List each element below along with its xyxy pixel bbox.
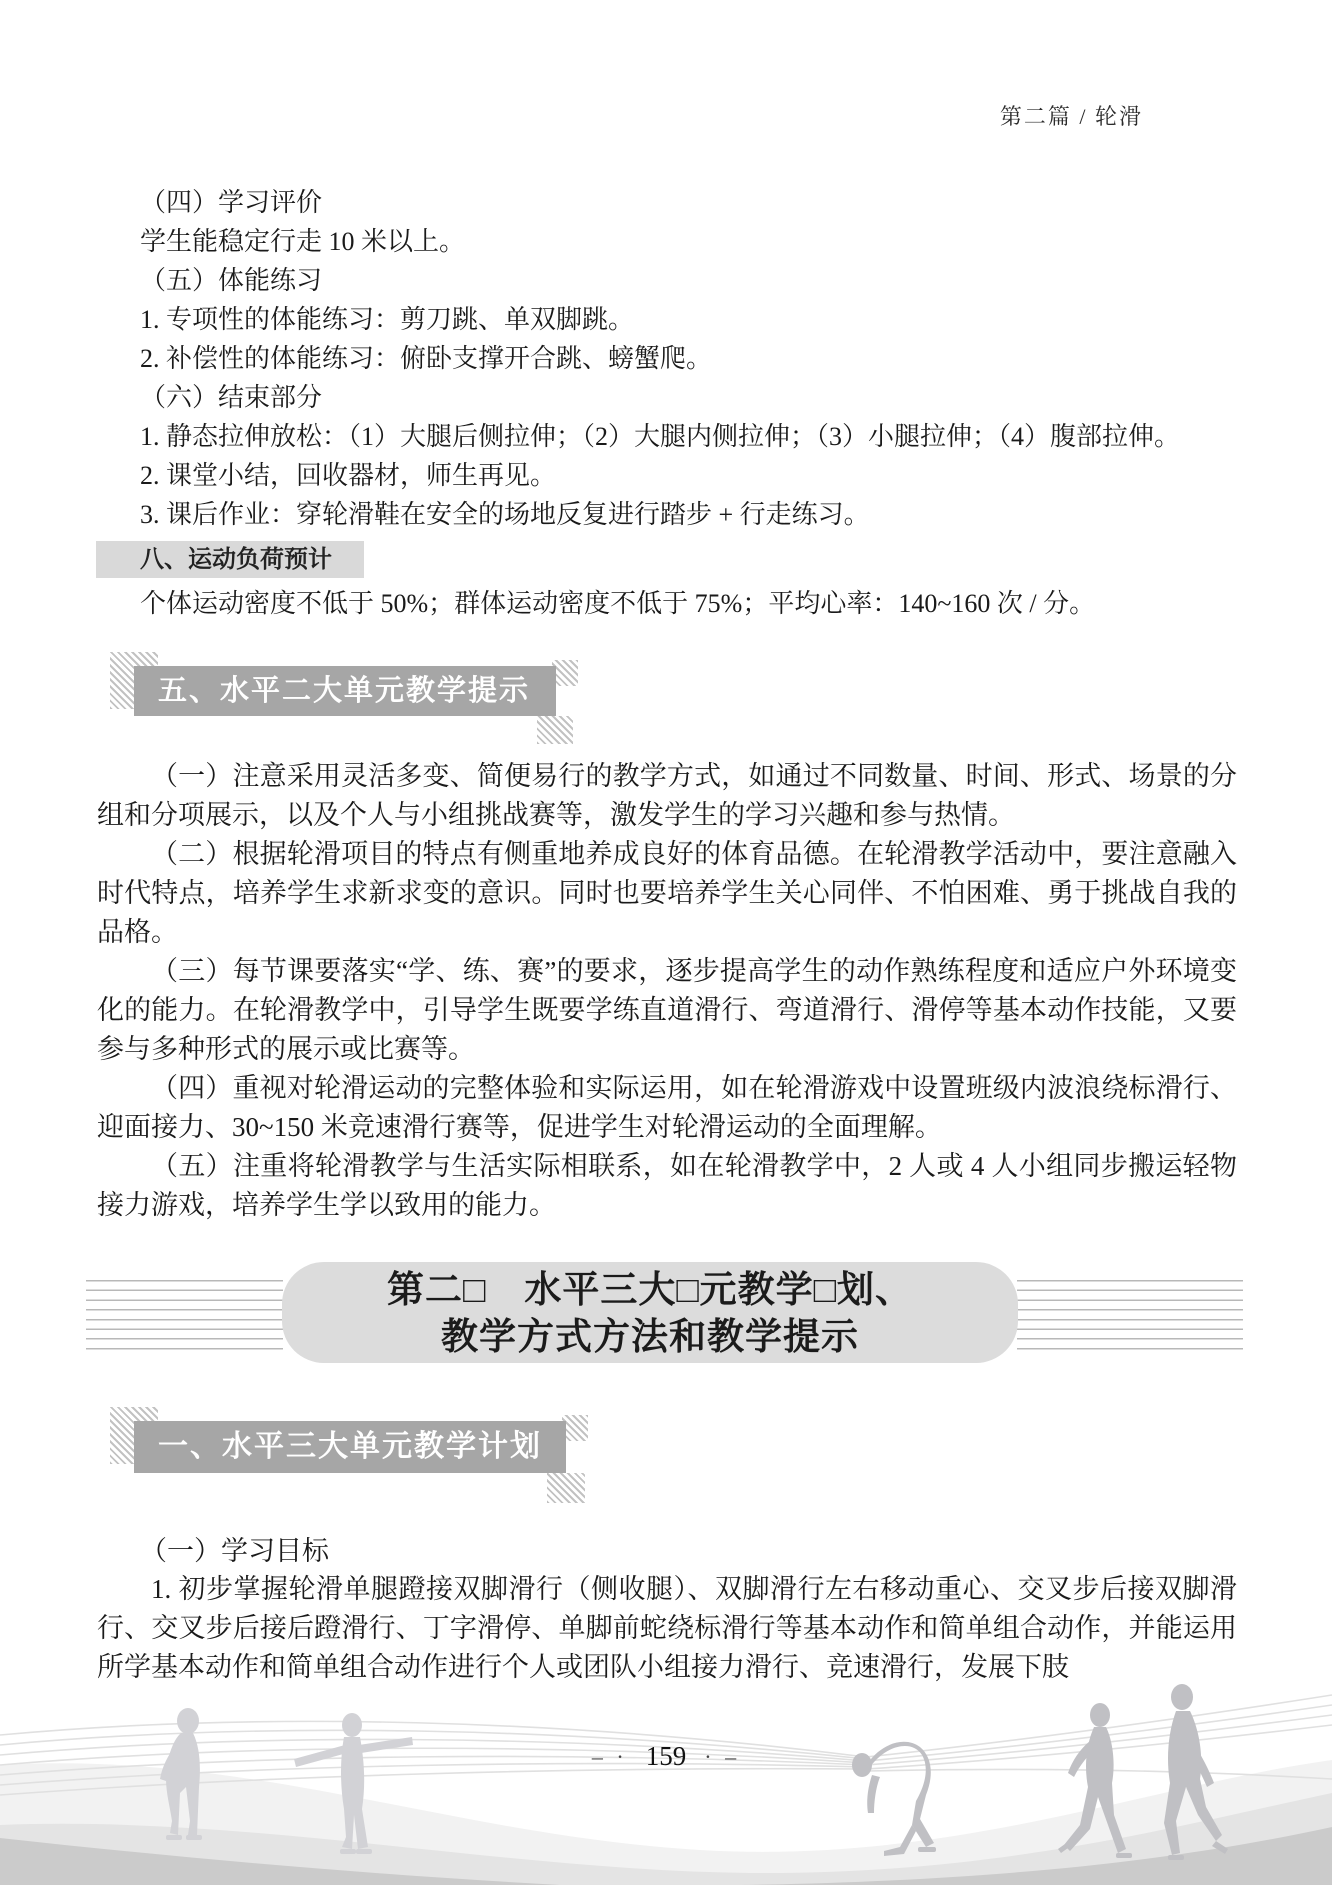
outline-line: （四）学习评价 xyxy=(97,183,1277,222)
outline-line: 学生能稳定行走 10 米以上。 xyxy=(97,222,1277,261)
footer-skating-scene xyxy=(0,1675,1332,1885)
section-one-title: 一、水平三大单元教学计划 xyxy=(134,1421,566,1473)
paragraph: （五）注重将轮滑教学与生活实际相联系，如在轮滑教学中，2 人或 4 人小组同步搬… xyxy=(97,1147,1237,1225)
outline-line: （六）结束部分 xyxy=(97,378,1277,417)
paragraph: 1. 初步掌握轮滑单腿蹬接双脚滑行（侧收腿）、双脚滑行左右移动重心、交叉步后接双… xyxy=(97,1570,1237,1687)
hatch-decoration xyxy=(537,716,573,744)
outline-line: 3. 课后作业：穿轮滑鞋在安全的场地反复进行踏步 + 行走练习。 xyxy=(97,495,1277,534)
page-number-row: – · 159 · – xyxy=(0,1741,1332,1772)
outline-line: 1. 专项性的体能练习：剪刀跳、单双脚跳。 xyxy=(97,300,1277,339)
page-number: 159 xyxy=(646,1741,687,1772)
learning-goal-heading: （一）学习目标 xyxy=(97,1532,1237,1571)
paragraph: （三）每节课要落实“学、练、赛”的要求，逐步提高学生的动作熟练程度和适应户外环境… xyxy=(97,952,1237,1069)
chapter-title-line2: 教学方式方法和教学提示 xyxy=(441,1313,859,1360)
paragraph: （四）重视对轮滑运动的完整体验和实际运用，如在轮滑游戏中设置班级内波浪绕标滑行、… xyxy=(97,1069,1237,1147)
learning-goal-paragraph: 1. 初步掌握轮滑单腿蹬接双脚滑行（侧收腿）、双脚滑行左右移动重心、交叉步后接双… xyxy=(97,1570,1237,1687)
load-section-body: 个体运动密度不低于 50%；群体运动密度不低于 75%；平均心率：140~160… xyxy=(97,584,1277,623)
book-page: 第二篇 / 轮滑 （四）学习评价 学生能稳定行走 10 米以上。 （五）体能练习… xyxy=(0,0,1332,1885)
chapter-title-box: 第二□ 水平三大□元教学□划、 教学方式方法和教学提示 xyxy=(282,1262,1018,1363)
load-section-heading-bar: 八、运动负荷预计 xyxy=(96,541,364,578)
running-header: 第二篇 / 轮滑 xyxy=(1000,100,1143,131)
page-number-left-mark: – · xyxy=(592,1744,628,1770)
section-five-paragraphs: （一）注意采用灵活多变、简便易行的教学方式，如通过不同数量、时间、形式、场景的分… xyxy=(97,757,1237,1225)
outline-line: 2. 补偿性的体能练习：俯卧支撑开合跳、螃蟹爬。 xyxy=(97,339,1277,378)
lesson-outline-list: （四）学习评价 学生能稳定行走 10 米以上。 （五）体能练习 1. 专项性的体… xyxy=(97,183,1277,534)
paragraph: （一）注意采用灵活多变、简便易行的教学方式，如通过不同数量、时间、形式、场景的分… xyxy=(97,757,1237,835)
outline-line: 1. 静态拉伸放松：（1）大腿后侧拉伸；（2）大腿内侧拉伸；（3）小腿拉伸；（4… xyxy=(97,417,1277,456)
outline-line: （五）体能练习 xyxy=(97,261,1277,300)
chapter-title-line1: 第二□ 水平三大□元教学□划、 xyxy=(387,1266,913,1313)
staff-lines-decoration xyxy=(86,1280,283,1350)
section-five-title: 五、水平二大单元教学提示 xyxy=(134,666,556,716)
paragraph: （二）根据轮滑项目的特点有侧重地养成良好的体育品德。在轮滑教学活动中，要注意融入… xyxy=(97,835,1237,952)
section-one-banner: 一、水平三大单元教学计划 xyxy=(134,1421,566,1473)
hatch-decoration xyxy=(547,1473,585,1503)
page-number-right-mark: · – xyxy=(704,1744,740,1770)
outline-line: 2. 课堂小结，回收器材，师生再见。 xyxy=(97,456,1277,495)
section-five-banner: 五、水平二大单元教学提示 xyxy=(134,666,556,716)
staff-lines-decoration xyxy=(1017,1280,1243,1350)
load-section-title: 八、运动负荷预计 xyxy=(96,541,364,578)
